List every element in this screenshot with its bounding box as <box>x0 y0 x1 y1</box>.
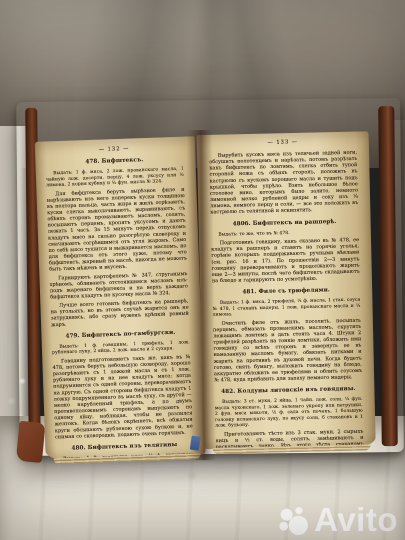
recipe-478: 478. Бифштексъ. Выдать: 1 ф. мяса, 2 лож… <box>45 155 189 328</box>
recipe-480-ingredients: Выдать: 1 ф. телячьяго мяса, ¼ ф. чухонс… <box>56 451 195 460</box>
recipe-482: 482. Колдуны литовскіе изъ говядины. Выд… <box>214 386 364 449</box>
recipe-481: 481. Филе съ трюфелями. Выдать: 1 ф. мяс… <box>212 286 362 383</box>
right-page-text-area: — 133 — Вырубить кусокъ мяса изъ телячье… <box>197 131 376 449</box>
recipe-479: 479. Бифштексъ по-гамбургски. Выдать: 1 … <box>51 329 193 440</box>
left-page-number: — 132 — <box>45 144 183 155</box>
recipe-480-heading: 480. Бифштексъ изъ телятины <box>55 441 193 452</box>
left-page-text-area: — 132 — 478. Бифштексъ. Выдать: 1 ф. мяс… <box>35 136 206 459</box>
recipe-479-heading: 479. Бифштексъ по-гамбургски. <box>51 329 189 340</box>
open-book: — 132 — 478. Бифштексъ. Выдать: 1 ф. мяс… <box>16 98 404 456</box>
recipe-478-ingredients: Выдать: 1 ф. мяса, 2 лож. прованскаго ма… <box>46 165 185 187</box>
photo-open-book: — 132 — 478. Бифштексъ. Выдать: 1 ф. мяс… <box>0 0 405 540</box>
recipe-478-paragraph: Гарнируютъ картофелемъ № 347, струганымъ… <box>49 270 188 300</box>
avito-watermark-text: Avito <box>314 501 398 539</box>
recipe-479-paragraph: Говядину подготовляютъ такъ же, какъ въ … <box>52 354 193 441</box>
recipe-481-ingredients: Выдать: 1 ф. мяса, 2 трюфеля, ¼ ф. масла… <box>212 296 360 317</box>
recipe-480: 480. Бифштексъ изъ телятины Выдать: 1 ф.… <box>55 441 194 460</box>
recipe-480b-ingredients: Выдать: то же, что въ № 478. <box>211 228 359 237</box>
recipe-478-paragraph: Лучше всего готовить бифштексъ на рашпер… <box>50 298 189 328</box>
avito-circles-logo-icon <box>277 504 309 536</box>
book-cover-corner <box>16 421 46 463</box>
recipe-480-continuation: Вырубить кусокъ мяса изъ телячьей задней… <box>209 149 358 215</box>
recipe-478-paragraph: Для бифштекса берутъ вырѣзное филе и нар… <box>46 186 187 273</box>
avito-watermark: Avito <box>277 501 398 539</box>
recipe-480b-heading: 480б. Бифштексъ на рашперѣ. <box>211 218 359 228</box>
book-left-page: — 132 — 478. Бифштексъ. Выдать: 1 ф. мяс… <box>35 136 206 459</box>
recipe-482-paragraph: Приготовляютъ тѣсто изъ 3 стак. муки, 2 … <box>215 428 364 449</box>
recipe-478-heading: 478. Бифштексъ. <box>45 155 183 166</box>
recipe-479-ingredients: Выдать: 1 ф. говядины, 1 трюфель, 1 лож.… <box>52 339 190 356</box>
recipe-480b-paragraph: Подготовивъ говядину, какъ сказано въ № … <box>211 237 360 284</box>
right-page-number: — 133 — <box>209 138 357 148</box>
recipe-481-heading: 481. Филе съ трюфелями. <box>212 286 360 296</box>
book-right-page: — 133 — Вырубить кусокъ мяса изъ телячье… <box>197 131 376 449</box>
recipe-482-ingredients: Выдать: 3 ст. муки, 2 яйца, 1 чайн. лож.… <box>215 396 364 429</box>
recipe-482-heading: 482. Колдуны литовскіе изъ говядины. <box>214 386 362 396</box>
recipe-480b: 480б. Бифштексъ на рашперѣ. Выдать: то ж… <box>211 218 360 284</box>
recipe-481-paragraph: Очистить филе отъ жилъ, посолить, посыпа… <box>213 317 362 383</box>
